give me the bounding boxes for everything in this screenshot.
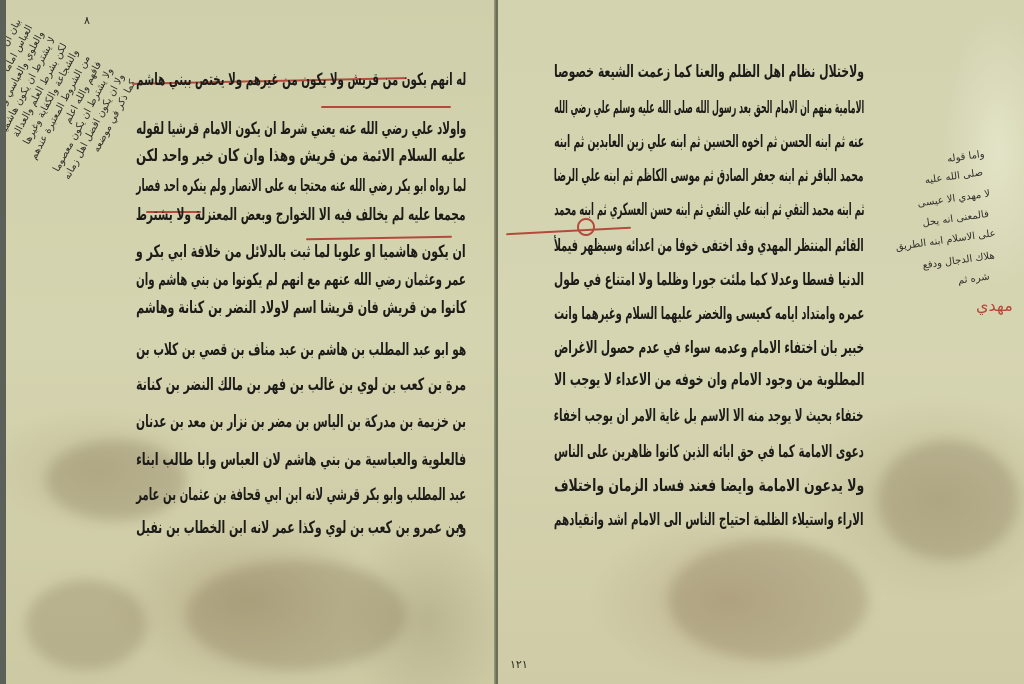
stain xyxy=(878,440,1018,560)
red-underline xyxy=(506,227,631,236)
text-line: مجمعا عليه لم يخالف فيه الا الخوارج وبعض… xyxy=(136,205,466,225)
text-line: ولاختلال نظام اهل الظلم والعنا كما زعمت … xyxy=(554,62,864,82)
left-page: ٨ بيان ان الامامة في قريش العباس اماما م… xyxy=(6,0,496,684)
margin-note-line: شره ثم xyxy=(957,271,990,286)
text-line: ثم ابنه محمد التقي ثم ابنه علي النقي ثم … xyxy=(554,200,864,220)
red-margin-word: مهدي xyxy=(976,296,1013,315)
margin-note-line: فالمعنى انه يحل xyxy=(922,209,990,229)
text-line: دعوى الامامة كما في حق ابائه الذين كانوا… xyxy=(554,442,864,462)
text-line: هو ابو عبد المطلب بن هاشم بن عبد مناف بن… xyxy=(136,340,466,360)
text-line: فالعلوية والعباسية من بني هاشم لان العبا… xyxy=(136,450,466,470)
red-underline xyxy=(321,106,451,108)
text-line: كانوا من قريش فان قريشا اسم لاولاد النضر… xyxy=(136,298,466,318)
text-line: القائم المنتظر المهدي وقد اختفى خوفا من … xyxy=(554,236,864,256)
stain xyxy=(186,560,406,670)
text-line: ولا يدعون الامامة وايضا فعند فساد الزمان… xyxy=(554,476,864,496)
text-line: له انهم يكون من قريش ولا يكون من غيرهم و… xyxy=(136,70,466,90)
text-line: عمره وامتداد ايامه كعيسى والخضر عليهما ا… xyxy=(554,304,864,324)
text-line: الاراء واستيلاء الظلمة احتياج الناس الى … xyxy=(554,510,864,530)
margin-note-line: هلاك الدجال ودفع xyxy=(922,250,996,271)
text-line: بن خزيمة بن مدركة بن الياس بن مضر بن نزا… xyxy=(136,412,466,432)
text-line: ختفاء بحيث لا يوجد منه الا الاسم بل غاية… xyxy=(554,406,864,426)
text-line: الامامية منهم ان الامام الحق بعد رسول ال… xyxy=(554,98,864,118)
text-line: عليه السلام الائمة من قريش وهذا وان كان … xyxy=(136,146,466,166)
red-circle-mark xyxy=(577,218,595,236)
text-line: عمر وعثمان رضي الله عنهم مع انهم لم يكون… xyxy=(136,270,466,290)
margin-note-line: صلى الله عليه xyxy=(924,167,984,186)
margin-note-line: على الاسلام ابنه الطريق xyxy=(895,228,996,253)
text-line: وبن عمرو بن كعب بن لوي وكذا عمر لانه ابن… xyxy=(136,518,466,538)
text-line: محمد الباقر ثم ابنه جعفر الصادق ثم موسى … xyxy=(554,166,864,186)
text-line: واولاد علي رضي الله عنه يعني شرط ان يكون… xyxy=(136,119,466,139)
stain xyxy=(668,540,868,660)
margin-note-line: واما قوله xyxy=(947,149,986,165)
text-line: المطلوبة من وجود الامام وان خوفه من الاع… xyxy=(554,370,864,390)
right-page: ولاختلال نظام اهل الظلم والعنا كما زعمت … xyxy=(498,0,1024,684)
margin-note-line: لا مهدي الا عيسى xyxy=(917,188,991,209)
text-line: مرة بن كعب بن لوي بن غالب بن فهر بن مالك… xyxy=(136,375,466,395)
manuscript-photo: ٨ بيان ان الامامة في قريش العباس اماما م… xyxy=(0,0,1024,684)
page-mark: ٨ xyxy=(84,14,90,27)
text-line: عنه ثم ابنه الحسن ثم اخوه الحسين ثم ابنه… xyxy=(554,132,864,152)
red-underline xyxy=(306,236,452,241)
text-line: خبير بان اختفاء الامام وعدمه سواء في عدم… xyxy=(554,338,864,358)
stain xyxy=(26,580,146,670)
ink-dot xyxy=(458,524,463,529)
text-line: الدنيا قسطا وعدلا كما ملئت جورا وظلما ول… xyxy=(554,270,864,290)
folio-number: ١٢١ xyxy=(510,658,528,671)
text-line: عبد المطلب وابو بكر قرشي لانه ابن ابي قح… xyxy=(136,485,466,505)
text-line: ان يكون هاشميا او علويا لما ثبت بالدلائل… xyxy=(136,242,466,262)
text-line: لما رواه ابو بكر رضي الله عنه محتجا به ع… xyxy=(136,176,466,196)
